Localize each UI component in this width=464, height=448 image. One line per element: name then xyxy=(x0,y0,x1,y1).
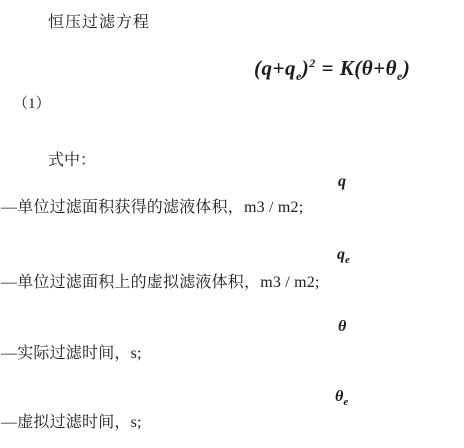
definition-theta-e: —虚拟过滤时间，s; xyxy=(1,409,142,432)
equation-segment-1: (q+q xyxy=(254,56,296,80)
symbol-theta: θ xyxy=(338,318,346,336)
symbol-q-base: q xyxy=(338,173,346,190)
filtration-equation: (q+qe)2 = K(θ+θe) xyxy=(254,56,410,81)
symbol-qe-base: q xyxy=(337,246,345,263)
symbol-theta-base: θ xyxy=(338,318,346,335)
where-label: 式中： xyxy=(48,147,96,170)
definition-q: —单位过滤面积获得的滤液体积，m3 / m2; xyxy=(1,194,303,217)
symbol-qe: qe xyxy=(337,246,350,264)
definition-qe: —单位过滤面积上的虚拟滤液体积，m3 / m2; xyxy=(1,269,320,292)
symbol-theta-e: θe xyxy=(335,388,348,406)
equation-segment-4: ) xyxy=(403,56,411,80)
equation-number: （1） xyxy=(13,92,51,113)
definition-theta: —实际过滤时间，s; xyxy=(1,340,142,363)
symbol-theta-e-sub: e xyxy=(343,396,348,408)
equation-segment-3: = K(θ+θ xyxy=(316,56,397,80)
symbol-qe-sub: e xyxy=(345,254,350,266)
document-title: 恒压过滤方程 xyxy=(48,9,150,32)
symbol-q: q xyxy=(338,173,346,191)
document-page: { "page": { "background": "#ffffff", "te… xyxy=(0,0,464,448)
